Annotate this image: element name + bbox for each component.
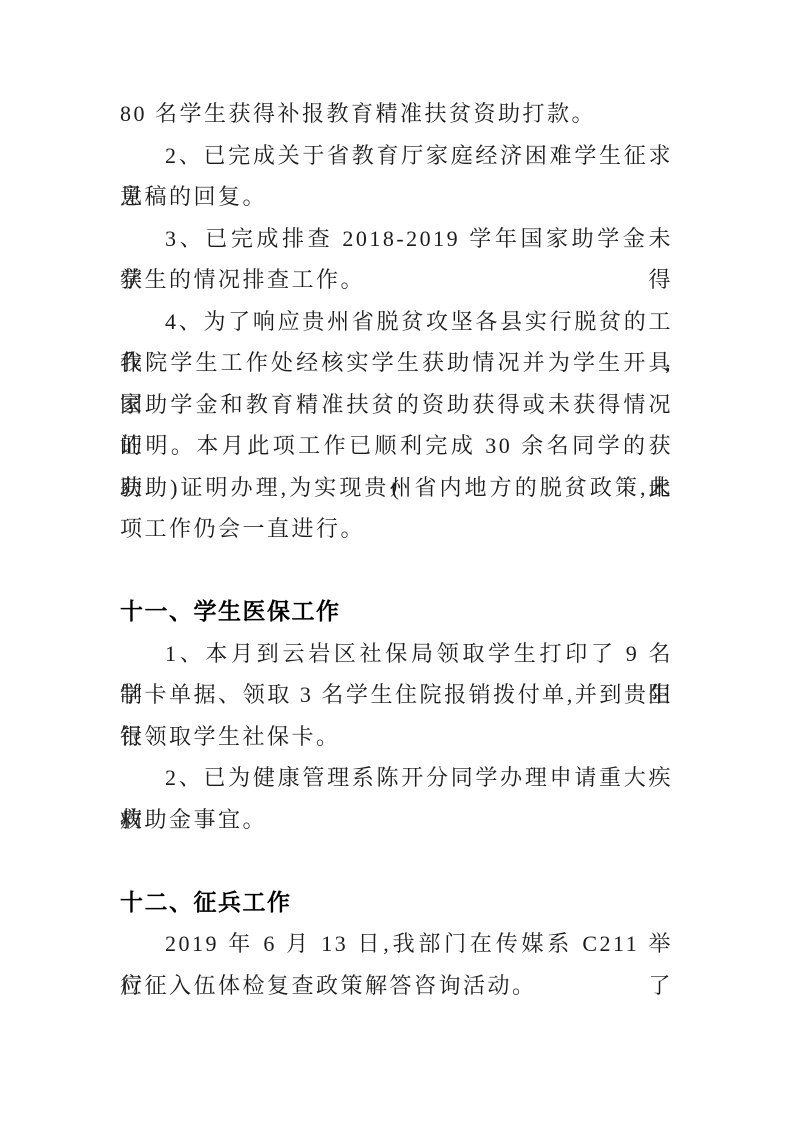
paragraph-line: 家助学金和教育精准扶贫的资助获得或未获得情况的 <box>120 384 673 426</box>
paragraph-line: 获助)证明办理,为实现贵州省内地方的脱贫政策,此 <box>120 467 673 509</box>
paragraph-line: 项工作仍会一直进行。 <box>120 508 673 550</box>
section-12-conscription-work: 十二、征兵工作 2019 年 6 月 13 日,我部门在传媒系 C211 举行了… <box>120 882 673 1007</box>
paragraph-line: 4、为了响应贵州省脱贫攻坚各县实行脱贫的工作, <box>120 301 673 343</box>
paragraph-line: 2、已完成关于省教育厅家庭经济困难学生征求意 <box>120 135 673 177</box>
paragraph-line: 1、本月到云岩区社保局领取学生打印了 9 名学生 <box>120 633 673 675</box>
paragraph-line: 3、已完成排查 2018-2019 学年国家助学金未获得 <box>120 218 673 260</box>
section-spacer <box>120 840 673 882</box>
paragraph-line: 行领取学生社保卡。 <box>120 716 673 758</box>
paragraph-line: 见稿的回复。 <box>120 176 673 218</box>
paragraph-line: 证明。本月此项工作已顺利完成 30 余名同学的获助(未 <box>120 425 673 467</box>
paragraph-line: 2、已为健康管理系陈开分同学办理申请重大疾病 <box>120 757 673 799</box>
paragraph-line: 我院学生工作处经核实学生获助情况并为学生开具国 <box>120 342 673 384</box>
section-heading: 十二、征兵工作 <box>120 882 673 924</box>
section-spacer <box>120 550 673 592</box>
paragraph-line: 救助金事宜。 <box>120 799 673 841</box>
section-11-student-medical-insurance: 十一、学生医保工作 1、本月到云岩区社保局领取学生打印了 9 名学生 制卡单据、… <box>120 591 673 840</box>
section-student-aid-work: 80 名学生获得补报教育精准扶贫资助打款。 2、已完成关于省教育厅家庭经济困难学… <box>120 93 673 550</box>
paragraph-line: 制卡单据、领取 3 名学生住院报销拨付单,并到贵阳银 <box>120 674 673 716</box>
paragraph-line: 80 名学生获得补报教育精准扶贫资助打款。 <box>120 93 673 135</box>
section-heading: 十一、学生医保工作 <box>120 591 673 633</box>
paragraph-line: 2019 年 6 月 13 日,我部门在传媒系 C211 举行了 <box>120 923 673 965</box>
document-page: 80 名学生获得补报教育精准扶贫资助打款。 2、已完成关于省教育厅家庭经济困难学… <box>0 0 793 1122</box>
